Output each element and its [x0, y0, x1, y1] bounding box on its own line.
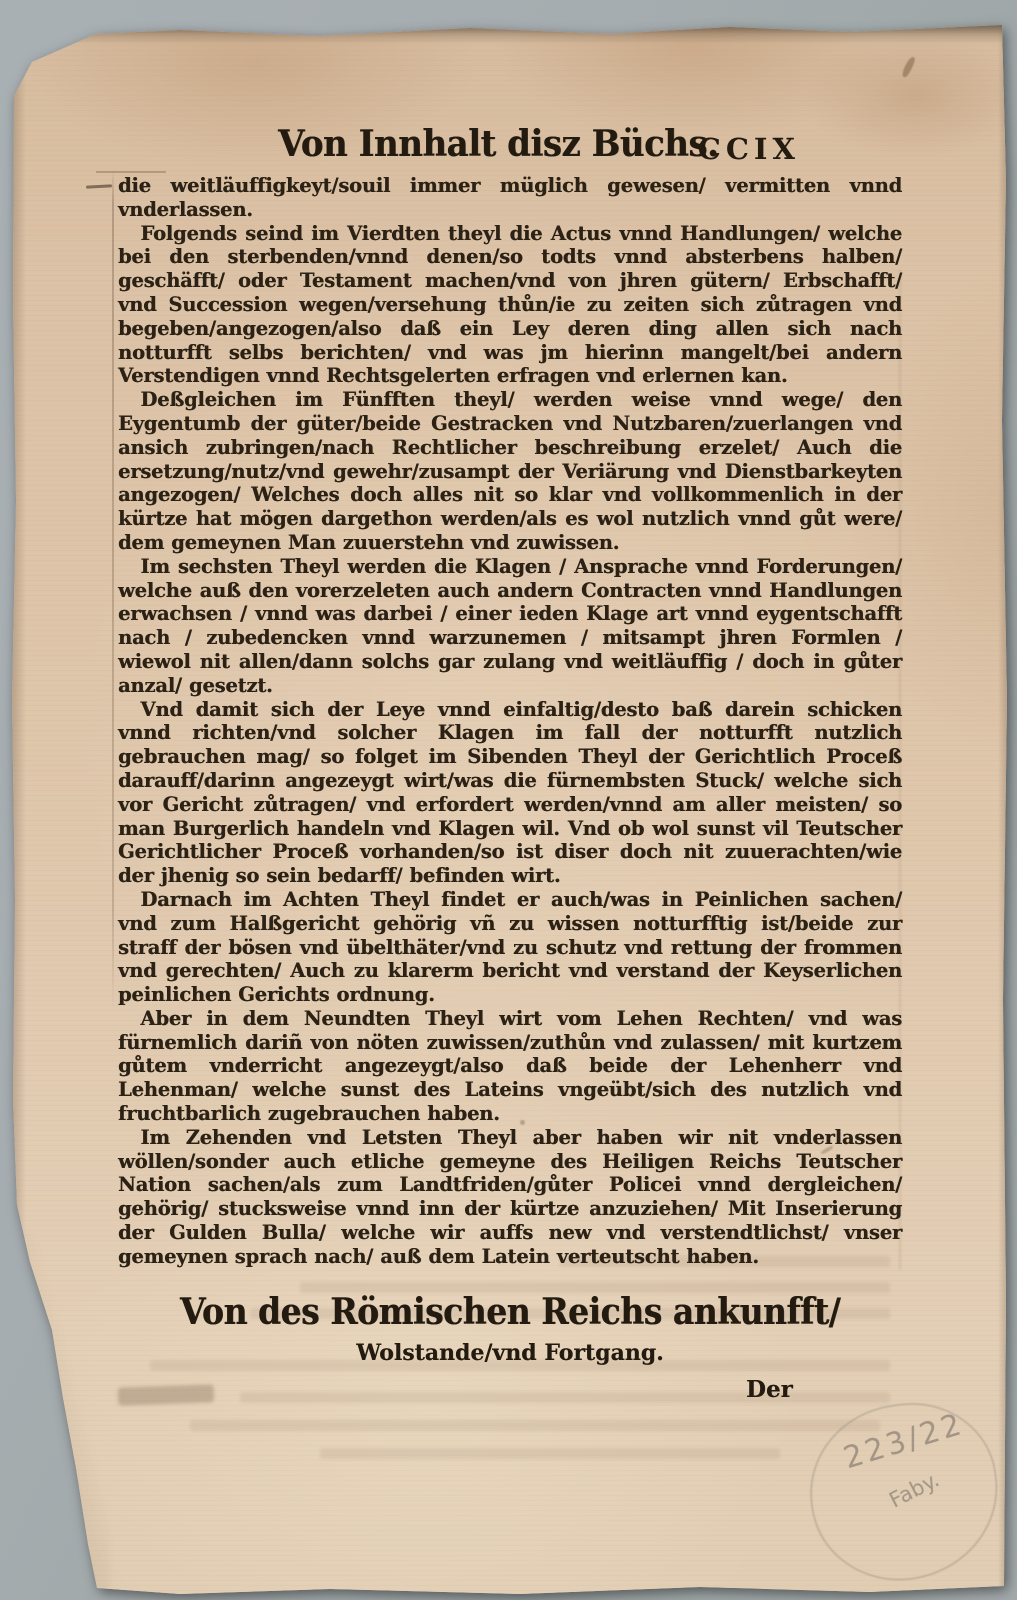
next-chapter-heading-block: Von des Römischen Reichs ankunfft/ Wolst…: [118, 1292, 902, 1366]
scanned-page: Von Innhalt disz Büchs. CCIX die weitläu…: [0, 0, 1017, 1600]
chapter-subheading: Wolstande/vnd Fortgang.: [118, 1340, 902, 1366]
pencil-annotation: 223/22 Faby.: [800, 1396, 1015, 1586]
paper-leaf: Von Innhalt disz Büchs. CCIX die weitläu…: [0, 0, 1017, 1600]
paragraph: die weitläuffigkeyt/souil immer müglich …: [118, 174, 902, 222]
paragraph: Darnach im Achten Theyl findet er auch/w…: [118, 888, 902, 1007]
text-block: die weitläuffigkeyt/souil immer müglich …: [118, 174, 902, 1269]
paper-tear-shade: [20, 1230, 110, 1590]
catchword: Der: [746, 1376, 793, 1403]
paper-right-edge-shade: [998, 28, 1008, 1588]
paper-shadow: Von Innhalt disz Büchs. CCIX die weitläu…: [0, 0, 1017, 1600]
show-through-word: [118, 1384, 215, 1405]
paragraph: Vnd damit sich der Leye vnnd einfaltig/d…: [118, 698, 902, 888]
page-number: CCIX: [698, 132, 800, 166]
chapter-heading: Von des Römischen Reichs ankunfft/: [118, 1290, 902, 1333]
frame-rule-vertical: [112, 170, 114, 1010]
ink-dash-mark: [86, 184, 112, 188]
paper-top-edge-shade: [14, 24, 1006, 44]
paper-left-edge-shade: [12, 30, 26, 1280]
ink-speck: [901, 56, 917, 79]
running-header: Von Innhalt disz Büchs. CCIX: [118, 124, 902, 180]
show-through-line: [190, 1420, 880, 1431]
paragraph: Folgends seind im Vierdten theyl die Act…: [118, 222, 902, 389]
page-title: Von Innhalt disz Büchs.: [278, 122, 718, 165]
paragraph: Im sechsten Theyl werden die Klagen / An…: [118, 555, 902, 698]
paragraph: Deßgleichen im Fünfften theyl/ werden we…: [118, 388, 902, 555]
paragraph: Im Zehenden vnd Letsten Theyl aber haben…: [118, 1126, 902, 1269]
show-through-line: [320, 1448, 780, 1459]
paragraph: Aber in dem Neundten Theyl wirt vom Lehe…: [118, 1007, 902, 1126]
